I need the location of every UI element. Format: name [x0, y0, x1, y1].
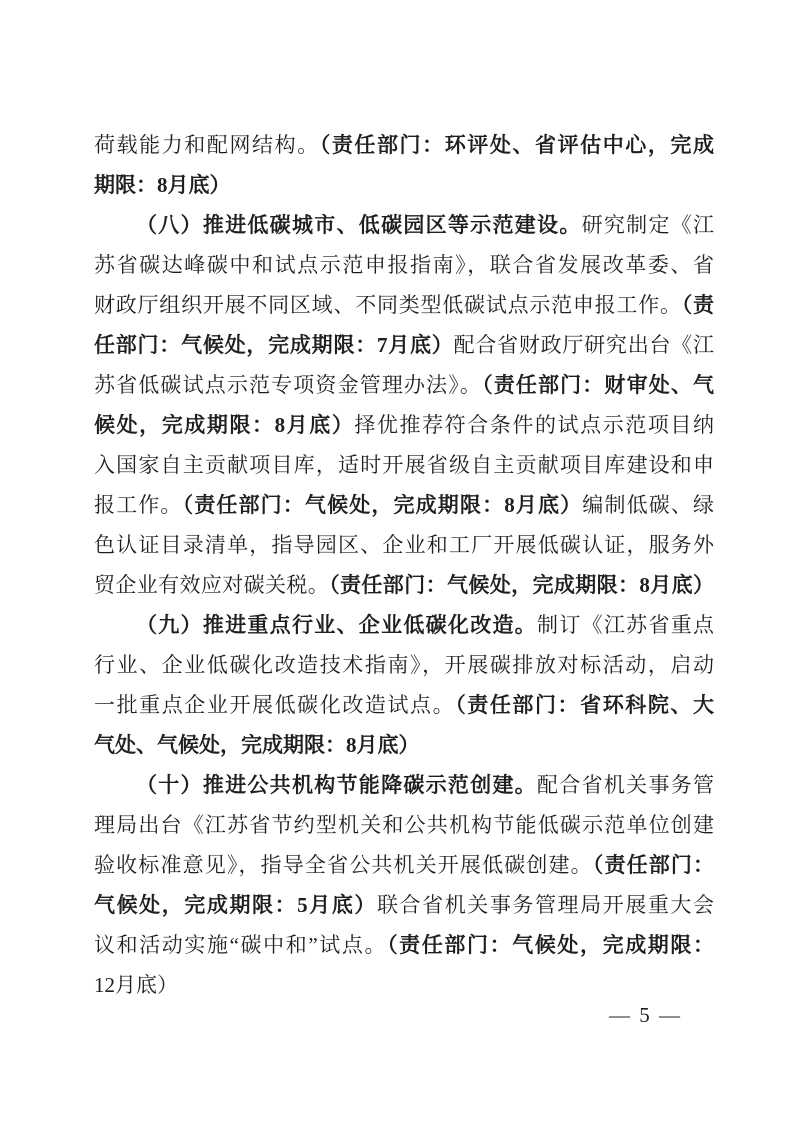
- responsibility-clause: （责任部门：气候处，完成期限：: [387, 933, 714, 957]
- text-line: 期限：8月底）: [94, 165, 714, 205]
- responsibility-clause: （责任部门：气候处，完成期限：8月底）: [183, 493, 583, 517]
- text-line: 一批重点企业开展低碳化改造试点。（责任部门：省环科院、大: [94, 685, 714, 725]
- responsibility-clause: （责任部门：财审处、气: [482, 373, 714, 397]
- body-text: 议和活动实施“碳中和”试点。: [94, 933, 387, 957]
- body-text: 编制低碳、绿: [582, 493, 714, 517]
- body-text: 理局出台《江苏省节约型机关和公共机构节能低碳示范单位创建: [94, 813, 714, 837]
- text-line: 候处，完成期限：8月底）择优推荐符合条件的试点示范项目纳: [94, 405, 714, 445]
- text-line: 气候处，完成期限：5月底）联合省机关事务管理局开展重大会: [94, 885, 714, 925]
- responsibility-clause: 气处、气候处，完成期限：8月底）: [94, 733, 420, 757]
- text-line: （八）推进低碳城市、低碳园区等示范建设。研究制定《江: [94, 205, 714, 245]
- text-line: 气处、气候处，完成期限：8月底）: [94, 725, 714, 765]
- responsibility-clause: （九）推进重点行业、企业低碳化改造。: [136, 613, 537, 637]
- responsibility-clause: （八）推进低碳城市、低碳园区等示范建设。: [136, 213, 582, 237]
- responsibility-clause: （责: [682, 293, 714, 317]
- text-line: 荷载能力和配网结构。（责任部门：环评处、省评估中心，完成: [94, 125, 714, 165]
- body-text: 贸企业有效应对碳关税。: [94, 573, 329, 597]
- text-line: （十）推进公共机构节能降碳示范创建。配合省机关事务管: [94, 765, 714, 805]
- document-page: 荷载能力和配网结构。（责任部门：环评处、省评估中心，完成期限：8月底）（八）推进…: [0, 0, 800, 1131]
- body-text: 制订《江苏省重点: [537, 613, 714, 637]
- body-text: 配合省财政厅研究出台《江: [454, 333, 714, 357]
- text-line: 任部门：气候处，完成期限：7月底）配合省财政厅研究出台《江: [94, 325, 714, 365]
- body-text: 报工作。: [94, 493, 183, 517]
- responsibility-clause: 候处，完成期限：8月底）: [94, 413, 354, 437]
- text-line: 理局出台《江苏省节约型机关和公共机构节能低碳示范单位创建: [94, 805, 714, 845]
- body-text: 荷载能力和配网结构。: [94, 133, 320, 157]
- responsibility-clause: （责任部门：省环科院、大: [455, 693, 714, 717]
- responsibility-clause: （十）推进公共机构节能降碳示范创建。: [136, 773, 537, 797]
- text-line: 行业、企业低碳化改造技术指南》，开展碳排放对标活动，启动: [94, 645, 714, 685]
- body-text: 配合省机关事务管: [537, 773, 714, 797]
- text-line: 12月底）: [94, 965, 714, 1005]
- body-text: 12月底）: [94, 973, 178, 997]
- body-text: 择优推荐符合条件的试点示范项目纳: [354, 413, 714, 437]
- text-line: （九）推进重点行业、企业低碳化改造。制订《江苏省重点: [94, 605, 714, 645]
- body-text: 财政厅组织开展不同区域、不同类型低碳试点示范申报工作。: [94, 293, 682, 317]
- text-line: 色认证目录清单，指导园区、企业和工厂开展低碳认证，服务外: [94, 525, 714, 565]
- body-text: 研究制定《江: [582, 213, 714, 237]
- responsibility-clause: 任部门：气候处，完成期限：7月底）: [94, 333, 454, 357]
- text-line: 入国家自主贡献项目库，适时开展省级自主贡献项目库建设和申: [94, 445, 714, 485]
- body-text: 行业、企业低碳化改造技术指南》，开展碳排放对标活动，启动: [94, 653, 714, 677]
- body-text: 一批重点企业开展低碳化改造试点。: [94, 693, 455, 717]
- responsibility-clause: （责任部门：: [593, 853, 714, 877]
- text-line: 贸企业有效应对碳关税。（责任部门：气候处，完成期限：8月底）: [94, 565, 714, 605]
- page-number: — 5 —: [609, 1003, 682, 1027]
- responsibility-clause: 气候处，完成期限：5月底）: [94, 893, 377, 917]
- text-line: 验收标准意见》，指导全省公共机关开展低碳创建。（责任部门：: [94, 845, 714, 885]
- text-line: 苏省碳达峰碳中和试点示范申报指南》，联合省发展改革委、省: [94, 245, 714, 285]
- body-text: 联合省机关事务管理局开展重大会: [377, 893, 714, 917]
- responsibility-clause: 期限：8月底）: [94, 173, 231, 197]
- text-line: 议和活动实施“碳中和”试点。（责任部门：气候处，完成期限：: [94, 925, 714, 965]
- body-text: 色认证目录清单，指导园区、企业和工厂开展低碳认证，服务外: [94, 533, 714, 557]
- text-line: 苏省低碳试点示范专项资金管理办法》。（责任部门：财审处、气: [94, 365, 714, 405]
- text-line: 报工作。（责任部门：气候处，完成期限：8月底）编制低碳、绿: [94, 485, 714, 525]
- responsibility-clause: （责任部门：环评处、省评估中心，完成: [320, 133, 714, 157]
- body-text: 入国家自主贡献项目库，适时开展省级自主贡献项目库建设和申: [94, 453, 714, 477]
- body-text: 苏省低碳试点示范专项资金管理办法》。: [94, 373, 482, 397]
- responsibility-clause: （责任部门：气候处，完成期限：8月底）: [329, 573, 714, 597]
- body-text: 苏省碳达峰碳中和试点示范申报指南》，联合省发展改革委、省: [94, 253, 714, 277]
- document-body: 荷载能力和配网结构。（责任部门：环评处、省评估中心，完成期限：8月底）（八）推进…: [94, 125, 714, 1005]
- text-line: 财政厅组织开展不同区域、不同类型低碳试点示范申报工作。（责: [94, 285, 714, 325]
- body-text: 验收标准意见》，指导全省公共机关开展低碳创建。: [94, 853, 593, 877]
